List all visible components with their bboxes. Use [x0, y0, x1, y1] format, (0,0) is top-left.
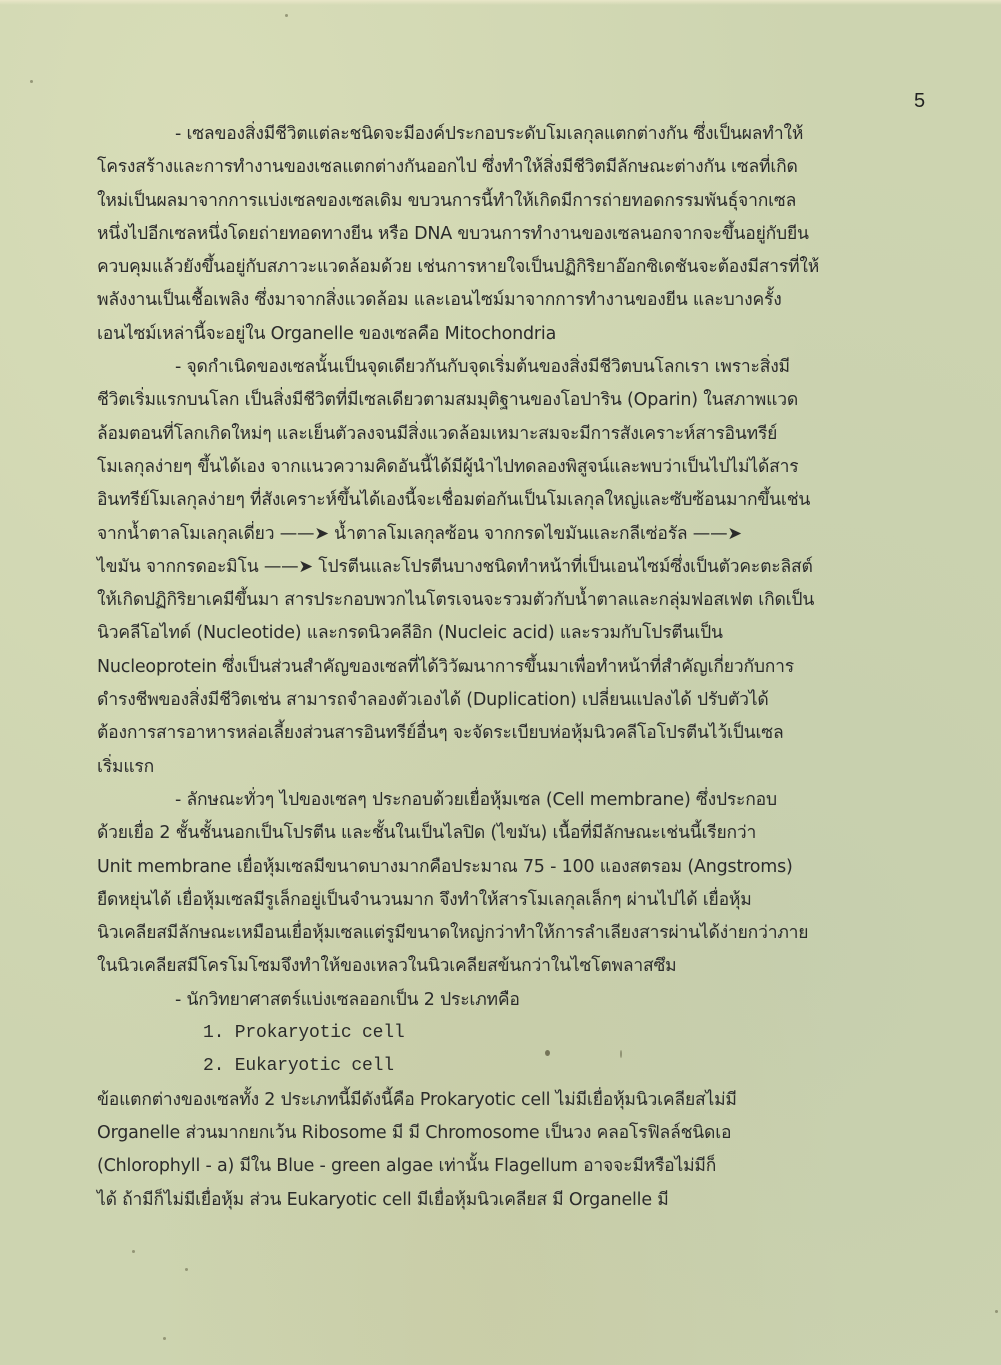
text-line: หนึ่งไปอีกเซลหนึ่งโดยถ่ายทอดทางยีน หรือ … [97, 218, 932, 251]
text-line: ดำรงชีพของสิ่งมีชีวิตเช่น สามารถจำลองตัว… [97, 684, 932, 717]
text-line: Nucleoprotein ซึ่งเป็นส่วนสำคัญของเซลที่… [97, 651, 932, 684]
text-line: - เซลของสิ่งมีชีวิตแต่ละชนิดจะมีองค์ประก… [97, 118, 932, 151]
text-line: ยืดหยุ่นได้ เยื่อหุ้มเซลมีรูเล็กอยู่เป็น… [97, 884, 932, 917]
text-line: ใหม่เป็นผลมาจากการแบ่งเซลของเซลเดิม ขบวน… [97, 185, 932, 218]
text-line: พลังงานเป็นเชื้อเพลิง ซึ่งมาจากสิ่งแวดล้… [97, 284, 932, 317]
text-line: จากน้ำตาลโมเลกุลเดี่ยว ——➤ น้ำตาลโมเลกุล… [97, 518, 932, 551]
text-line: นิวเคลียสมีลักษณะเหมือนเยื่อหุ้มเซลแต่รู… [97, 917, 932, 950]
page-number: 5 [914, 90, 925, 113]
list-item: 1. Prokaryotic cell [97, 1017, 932, 1050]
text-line: - นักวิทยาศาสตร์แบ่งเซลออกเป็น 2 ประเภทค… [97, 984, 932, 1017]
document-body: - เซลของสิ่งมีชีวิตแต่ละชนิดจะมีองค์ประก… [97, 118, 932, 1217]
text-line: เอนไซม์เหล่านี้จะอยู่ใน Organelle ของเซล… [97, 318, 932, 351]
paper-top-edge [0, 0, 1001, 5]
text-line: ให้เกิดปฏิกิริยาเคมีขึ้นมา สารประกอบพวกไ… [97, 584, 932, 617]
text-line: ควบคุมแล้วยังขึ้นอยู่กับสภาวะแวดล้อมด้วย… [97, 251, 932, 284]
text-line: ด้วยเยื่อ 2 ชั้นชั้นนอกเป็นโปรตีน และชั้… [97, 817, 932, 850]
text-line: ในนิวเคลียสมีโครโมโซมจึงทำให้ของเหลวในนิ… [97, 950, 932, 983]
text-line: - ลักษณะทั่วๆ ไปของเซลๆ ประกอบด้วยเยื่อห… [97, 784, 932, 817]
text-line: อินทรีย์โมเลกุลง่ายๆ ที่สังเคราะห์ขึ้นได… [97, 484, 932, 517]
text-line: - จุดกำเนิดของเซลนั้นเป็นจุดเดียวกันกับจ… [97, 351, 932, 384]
text-line: (Chlorophyll - a) มีใน Blue - green alga… [97, 1150, 932, 1183]
text-line: Unit membrane เยื่อหุ้มเซลมีขนาดบางมากคื… [97, 851, 932, 884]
text-line: โมเลกุลง่ายๆ ขึ้นได้เอง จากแนวความคิดอัน… [97, 451, 932, 484]
text-line: ล้อมตอนที่โลกเกิดใหม่ๆ และเย็นตัวลงจนมีส… [97, 418, 932, 451]
text-line: ได้ ถ้ามีก็ไม่มีเยื่อหุ้ม ส่วน Eukaryoti… [97, 1184, 932, 1217]
text-line: ต้องการสารอาหารหล่อเลี้ยงส่วนสารอินทรีย์… [97, 717, 932, 750]
text-line: โครงสร้างและการทำงานของเซลแตกต่างกันออกไ… [97, 151, 932, 184]
text-line: ชีวิตเริ่มแรกบนโลก เป็นสิ่งมีชีวิตที่มีเ… [97, 384, 932, 417]
text-line: ข้อแตกต่างของเซลทั้ง 2 ประเภทนี้มีดังนี้… [97, 1084, 932, 1117]
text-line: เริ่มแรก [97, 751, 932, 784]
text-line: Organelle ส่วนมากยกเว้น Ribosome มี มี C… [97, 1117, 932, 1150]
list-item: 2. Eukaryotic cell [97, 1050, 932, 1083]
text-line: ไขมัน จากกรดอะมิโน ——➤ โปรตีนและโปรตีนบา… [97, 551, 932, 584]
text-line: นิวคลีโอไทด์ (Nucleotide) และกรดนิวคลีอิ… [97, 617, 932, 650]
